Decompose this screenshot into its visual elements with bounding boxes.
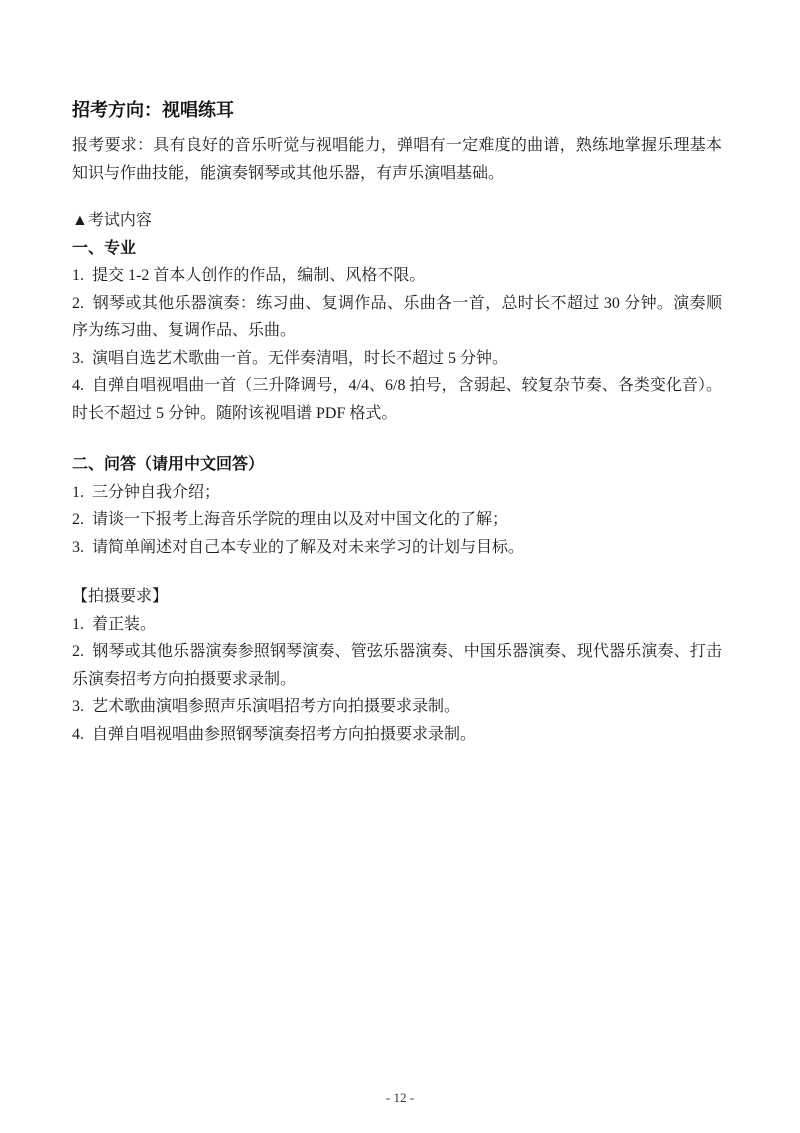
page-content: 招考方向：视唱练耳 报考要求：具有良好的音乐听觉与视唱能力，弹唱有一定难度的曲谱… [72, 96, 722, 748]
section-filming: 【拍摄要求】 1. 着正装。 2. 钢琴或其他乐器演奏参照钢琴演奏、管弦乐器演奏… [72, 583, 722, 748]
section-heading-qa: 二、问答（请用中文回答） [72, 451, 722, 479]
section-spacer [72, 427, 722, 451]
page-number: - 12 - [0, 1090, 800, 1106]
section-heading-major: 一、专业 [72, 235, 722, 263]
major-item-2: 2. 钢琴或其他乐器演奏：练习曲、复调作品、乐曲各一首，总时长不超过 30 分钟… [72, 290, 722, 345]
section-spacer [72, 561, 722, 583]
filming-item-1: 1. 着正装。 [72, 611, 722, 639]
filming-item-4: 4. 自弹自唱视唱曲参照钢琴演奏招考方向拍摄要求录制。 [72, 721, 722, 749]
qa-item-2: 2. 请谈一下报考上海音乐学院的理由以及对中国文化的了解； [72, 506, 722, 534]
exam-content-label: ▲考试内容 [72, 207, 722, 235]
filming-item-3: 3. 艺术歌曲演唱参照声乐演唱招考方向拍摄要求录制。 [72, 693, 722, 721]
document-page: 招考方向：视唱练耳 报考要求：具有良好的音乐听觉与视唱能力，弹唱有一定难度的曲谱… [0, 0, 800, 1133]
major-item-1: 1. 提交 1-2 首本人创作的作品，编制、风格不限。 [72, 262, 722, 290]
application-requirements-paragraph: 报考要求：具有良好的音乐听觉与视唱能力，弹唱有一定难度的曲谱，熟练地掌握乐理基本… [72, 132, 722, 187]
major-item-3: 3. 演唱自选艺术歌曲一首。无伴奏清唱，时长不超过 5 分钟。 [72, 345, 722, 373]
section-qa: 二、问答（请用中文回答） 1. 三分钟自我介绍； 2. 请谈一下报考上海音乐学院… [72, 451, 722, 561]
qa-item-1: 1. 三分钟自我介绍； [72, 479, 722, 507]
section-spacer [72, 187, 722, 207]
major-item-4: 4. 自弹自唱视唱曲一首（三升降调号，4/4、6/8 拍号，含弱起、较复杂节奏、… [72, 372, 722, 427]
filming-item-2: 2. 钢琴或其他乐器演奏参照钢琴演奏、管弦乐器演奏、中国乐器演奏、现代器乐演奏、… [72, 638, 722, 693]
qa-item-3: 3. 请简单阐述对自己本专业的了解及对未来学习的计划与目标。 [72, 534, 722, 562]
section-heading-filming: 【拍摄要求】 [72, 583, 722, 611]
section-major: 一、专业 1. 提交 1-2 首本人创作的作品，编制、风格不限。 2. 钢琴或其… [72, 235, 722, 428]
page-title: 招考方向：视唱练耳 [72, 96, 722, 124]
